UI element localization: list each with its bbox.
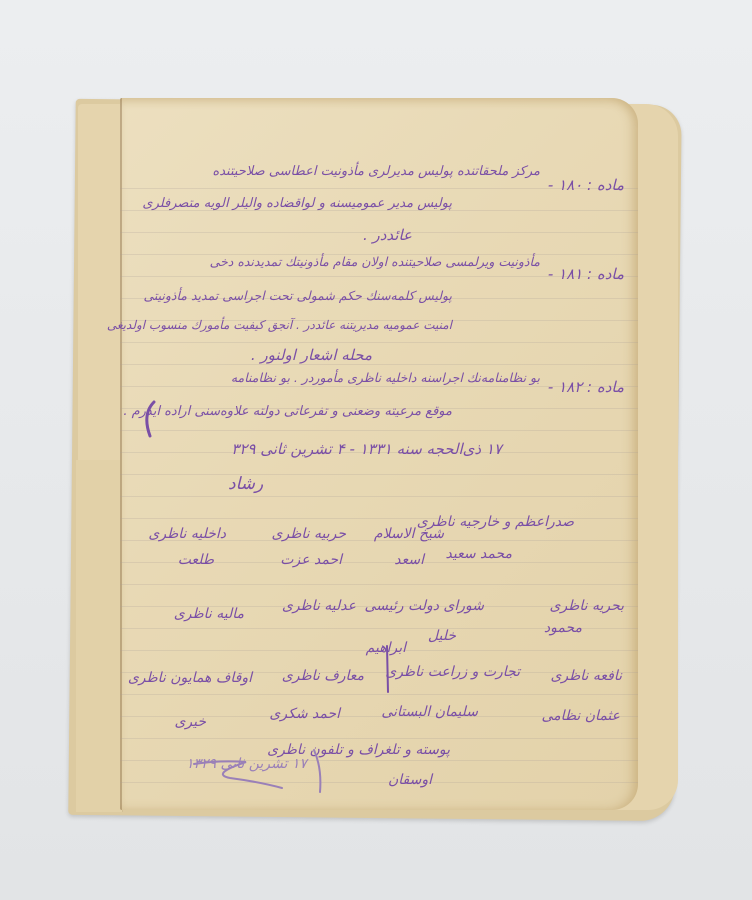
signature-name-halil: خلیل: [428, 628, 456, 644]
signature-name-suleyman-bustani: سلیمان البستانی: [381, 704, 478, 720]
signature-name-mahmud: محمود: [544, 620, 582, 636]
signature-name-ahmed-sukri: احمد شکری: [269, 706, 340, 722]
signature-name-hayri: خیری: [174, 714, 206, 730]
signature-title-war: حربیه ناظری: [272, 526, 346, 542]
signature-name-esad: اسعد: [394, 552, 424, 568]
signature-title-commerce-agriculture: تجارت و زراعت ناظری: [385, 664, 520, 680]
article-181-line-3: امنیت عمومیه مدیریتنه عائددر . آنجق کیفی…: [107, 318, 452, 332]
signature-title-public-works: نافعه ناظری: [550, 668, 622, 684]
signature-title-council-of-state: شورای دولت رئیسی: [364, 598, 484, 614]
article-180-line-3: عائددر .: [363, 226, 412, 244]
article-181-line-2: پولیس کلمه‌سنك حکم شمولی تحت اجراسی تمدی…: [143, 288, 452, 303]
signature-title-evkaf: اوقاف همایون ناظری: [128, 670, 252, 686]
sultan-signature: رشاد: [228, 474, 263, 494]
signature-title-finance: مالیه ناظری: [174, 606, 244, 622]
article-182-label: ماده : ۱۸۲ -: [548, 378, 624, 396]
folded-flap: [76, 460, 123, 812]
document-photo: ماده : ۱۸۰ - مركز ملحقاتنده پولیس مدیرلر…: [0, 0, 752, 900]
signature-title-navy: بحریه ناظری: [550, 598, 625, 614]
vertical-stroke: [310, 748, 326, 794]
signature-name-ahmed-izzet: احمد عزت: [280, 552, 342, 568]
bracket-stroke: [140, 400, 160, 440]
signature-title-justice: عدلیه ناظری: [282, 598, 356, 614]
signature-name-oskan: اوسقان: [388, 772, 432, 788]
article-181-line-4: محله اشعار اولنور .: [251, 346, 372, 364]
article-182-line-2: موقع مرعیته وضعنی و تفرعاتی دولته علاوه‌…: [123, 404, 452, 419]
article-181-label: ماده : ۱۸۱ -: [548, 265, 624, 283]
signature-name-talat: طلعت: [178, 552, 214, 568]
signature-title-interior: داخلیه ناظری: [148, 526, 226, 542]
vertical-divider-stroke: [384, 644, 392, 694]
left-margin-edge: [120, 98, 122, 810]
signature-title-grand-vizier: صدراعظم و خارجیه ناظری: [417, 514, 574, 530]
article-180-line-2: پولیس مدیر عمومیسنه و لواقضاده والیلر ال…: [142, 196, 452, 211]
signature-flourish: [190, 752, 290, 792]
date-line: ۱۷ ذی‌الحجه سنه ۱۳۳۱ - ۴ تشرین ثانی ۳۲۹: [231, 440, 502, 458]
article-180-label: ماده : ۱۸۰ -: [548, 176, 624, 194]
article-181-line-1: مأذونیت ویرلمسی صلاحیتنده اولان مقام مأذ…: [210, 254, 540, 269]
signature-title-education: معارف ناظری: [282, 668, 364, 684]
signature-name-osman-nizami: عثمان نظامی: [542, 708, 620, 724]
article-180-line-1: مركز ملحقاتنده پولیس مدیرلری مأذونیت اعط…: [212, 164, 540, 179]
article-182-line-1: بو نظامنامه‌نك اجراسنه داخلیه ناظری مأمو…: [231, 370, 540, 385]
signature-name-mehmed-said: محمد سعید: [446, 546, 513, 562]
